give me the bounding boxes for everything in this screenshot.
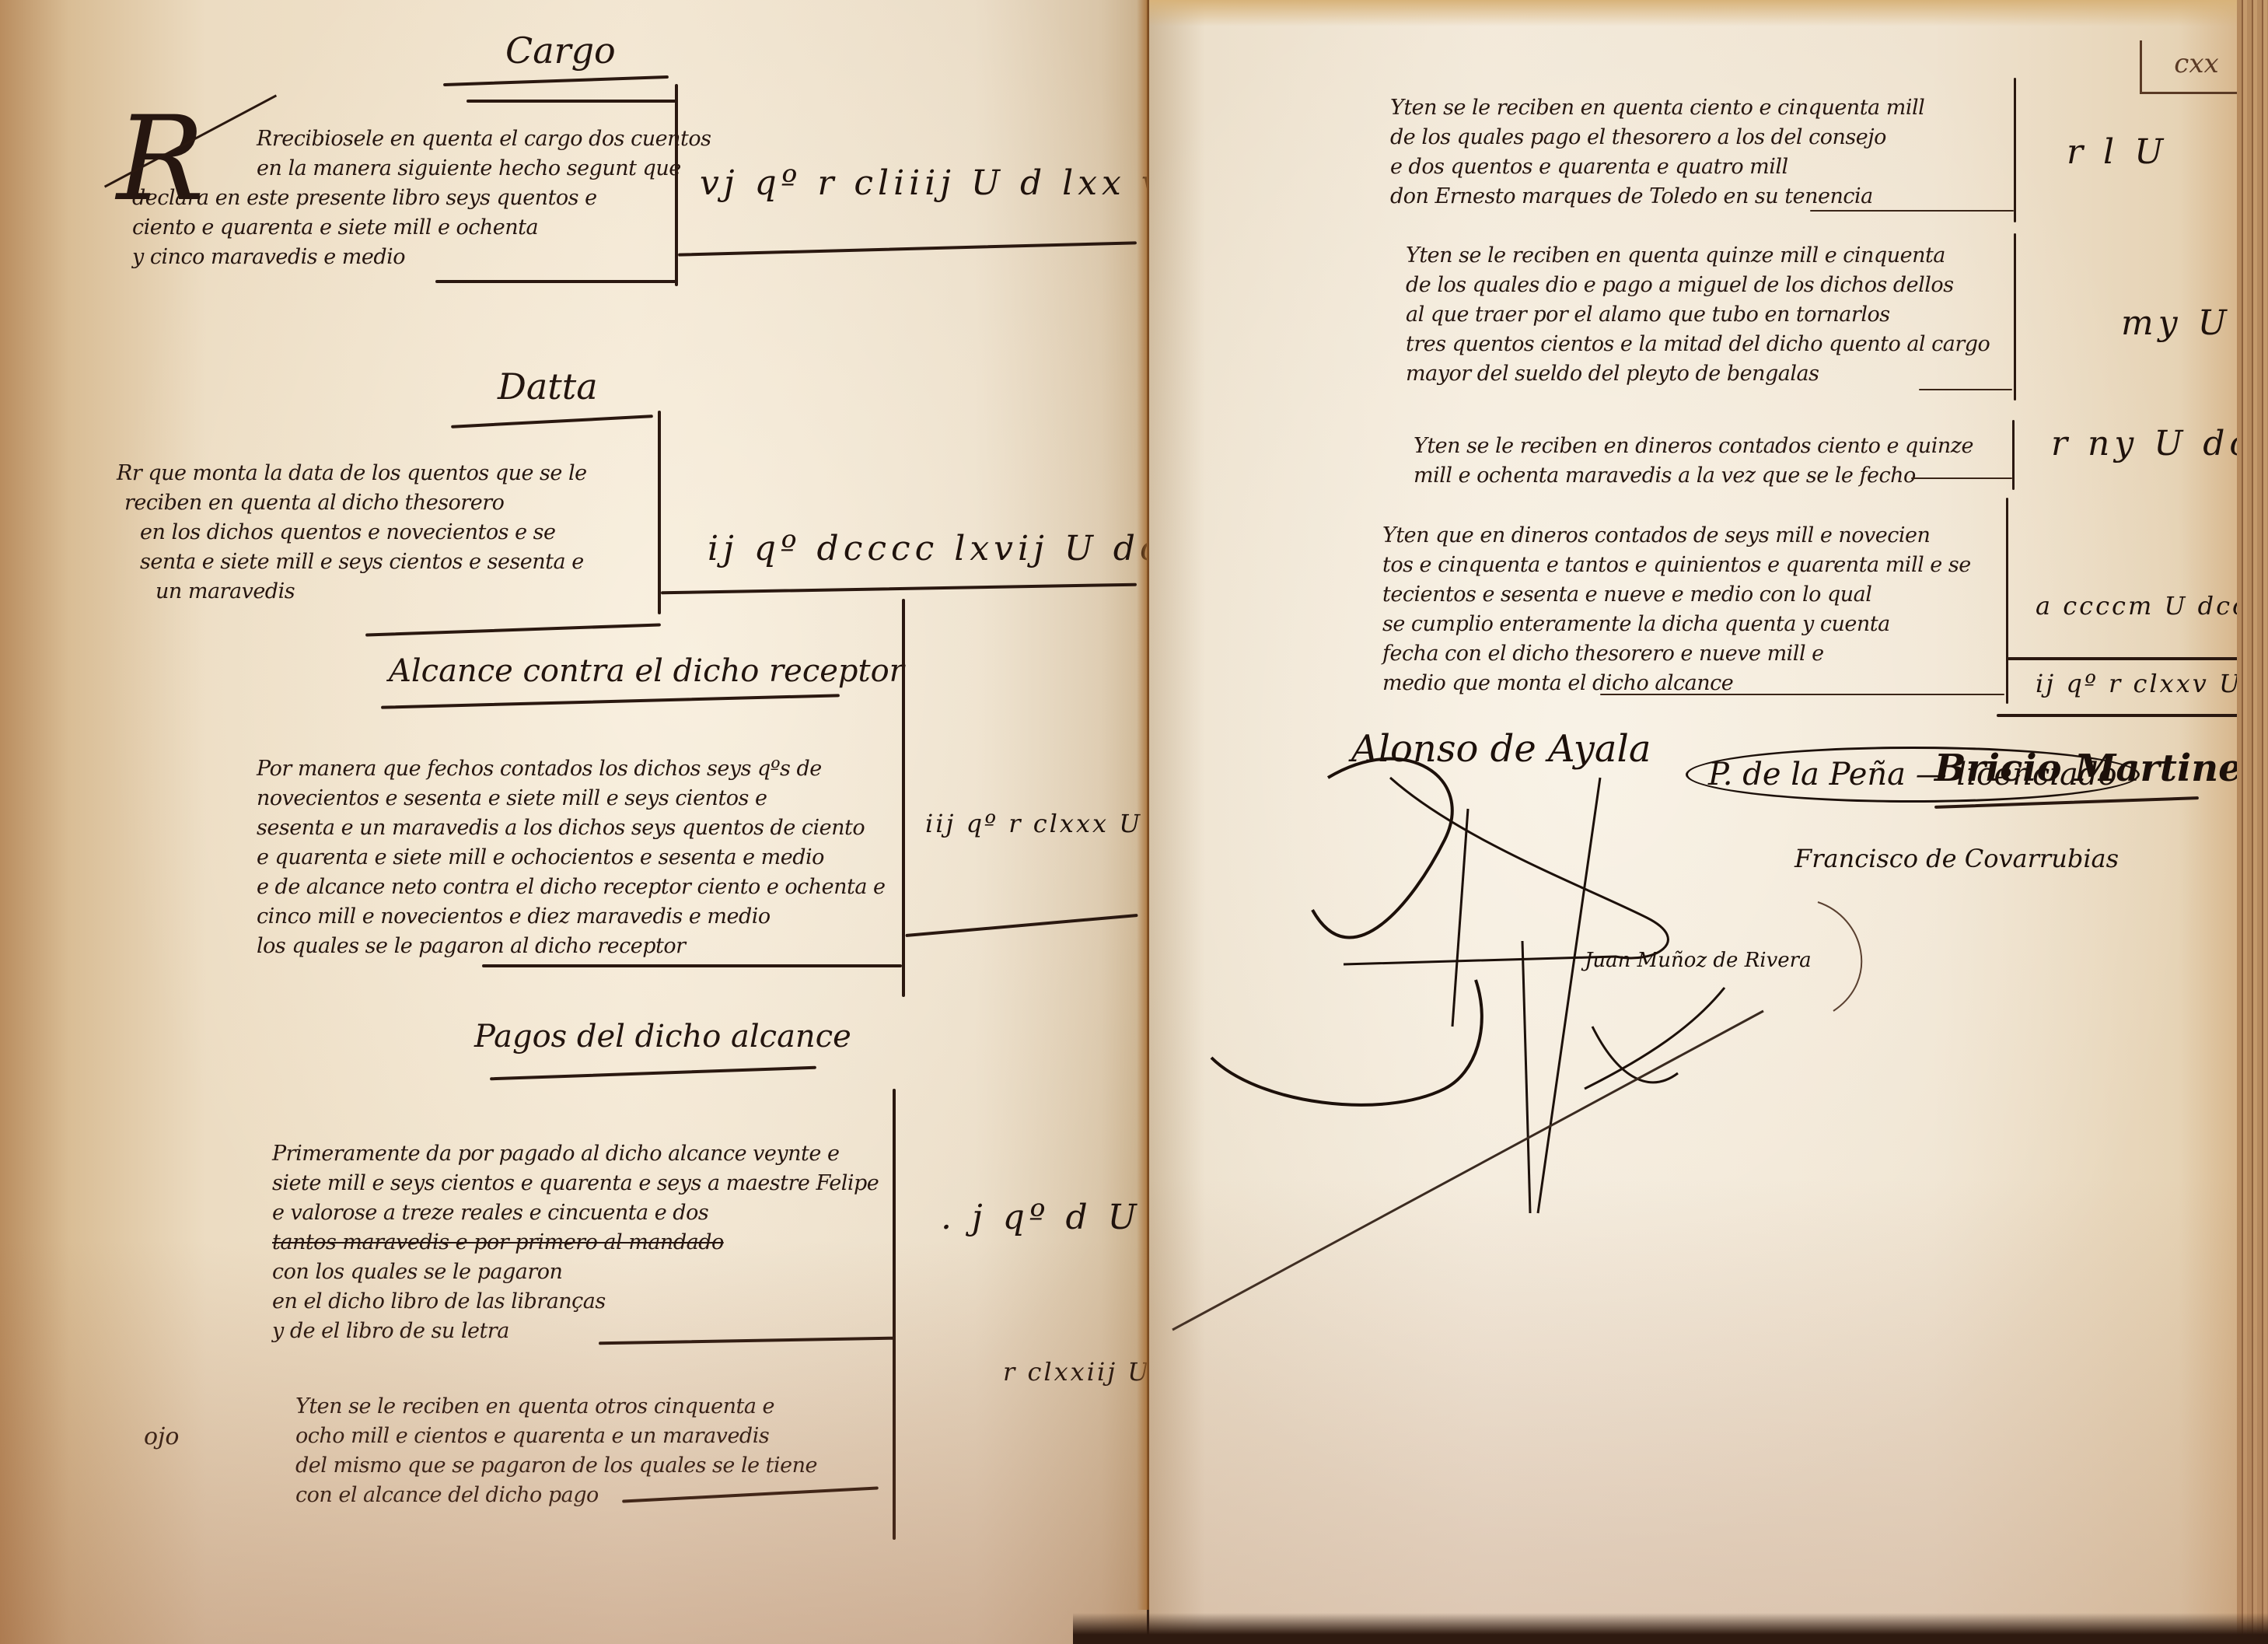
left-page: Cargo R Rrecibiosele en quenta el cargo …	[0, 0, 1147, 1644]
page-edges	[2237, 0, 2268, 1644]
cargo-end-rule	[435, 280, 676, 283]
pagos-bracket	[893, 1089, 896, 1540]
book-bottom-shadow	[1073, 1613, 2268, 1644]
datta-entry: Rr que monta la data de los quentos que …	[117, 459, 587, 607]
alcance-heading-underline	[381, 694, 840, 708]
pagos-entry-1-amount: . j qº d U	[941, 1198, 1141, 1237]
datta-bracket	[658, 411, 661, 614]
cargo-amount: vj qº r cliiij U d lxx v	[700, 163, 1147, 203]
pagos-heading: Pagos del dicho alcance	[474, 1019, 851, 1055]
pagos-entry-2: Yten se le reciben en quenta otros cinqu…	[295, 1392, 817, 1510]
cargo-heading-underline	[443, 75, 669, 86]
alcance-end-rule	[482, 964, 902, 967]
datta-heading: Datta	[498, 366, 598, 408]
pagos-heading-underline	[490, 1066, 816, 1081]
datta-heading-underline	[451, 414, 653, 428]
alcance-amount-rule	[905, 914, 1137, 937]
alcance-entry: Por manera que fechos contados los dicho…	[257, 754, 886, 961]
pagos-entry-2-end-rule	[622, 1486, 879, 1502]
cargo-top-rule	[467, 100, 676, 103]
open-manuscript-book: Cargo R Rrecibiosele en quenta el cargo …	[0, 0, 2268, 1644]
right-page: Yten se le reciben en quenta ciento e ci…	[1149, 0, 2268, 1644]
cargo-amount-rule	[678, 241, 1137, 256]
cargo-heading: Cargo	[505, 30, 616, 72]
alcance-bracket	[902, 599, 905, 997]
alcance-heading: Alcance contra el dicho receptor	[389, 653, 904, 689]
datta-end-rule	[365, 623, 661, 636]
datta-amount-rule	[661, 583, 1137, 595]
pagos-entry-2-amount: r clxxiij U	[1003, 1357, 1147, 1387]
alcance-amount: iij qº r clxxx U dcc cx	[925, 809, 1147, 838]
pagos-entry-1: Primeramente da por pagado al dicho alca…	[272, 1139, 879, 1346]
signature-flourishes	[1149, 0, 2268, 1644]
cargo-bracket	[675, 84, 678, 286]
datta-amount: ij qº dcccc lxvij U dc lx j	[708, 529, 1147, 568]
margin-note-ojo: ojo	[144, 1423, 179, 1450]
pagos-entry-1-end-rule	[599, 1337, 894, 1345]
